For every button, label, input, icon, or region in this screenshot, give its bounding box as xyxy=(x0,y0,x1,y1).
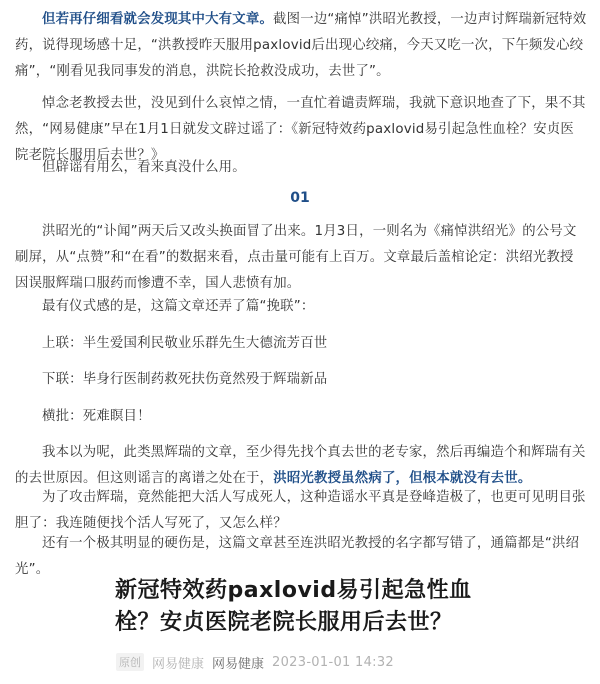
couplet-horizontal: 横批：死难瞑目！ xyxy=(15,404,587,430)
highlight-text: 但若再仔细看就会发现其中大有文章。 xyxy=(42,12,273,27)
paragraph-text: 上联：半生爱国利民敬业乐群先生大德流芳百世 xyxy=(42,336,327,351)
paragraph-text: 最有仪式感的是，这篇文章还弄了篇“挽联”： xyxy=(42,299,315,314)
paragraph-text: 洪昭光的“讣闻”两天后又改头换面冒了出来。1月3日，一则名为《痛悼洪绍光》的公号… xyxy=(15,224,577,291)
paragraph-text: 为了攻击辉瑞，竟然能把大活人写成死人，这种造谣水平真是登峰造极了，也更可见明目张… xyxy=(15,490,586,531)
embedded-article-meta: 原创 网易健康 网易健康 2023-01-01 14:32 xyxy=(116,653,394,671)
section-number: 01 xyxy=(0,190,600,206)
publish-timestamp: 2023-01-01 14:32 xyxy=(272,655,394,670)
paragraph-text: 但辟谣有用么，看来真没什么用。 xyxy=(42,160,246,175)
couplet-upper: 上联：半生爱国利民敬业乐群先生大德流芳百世 xyxy=(15,331,587,357)
embedded-article-screenshot: 新冠特效药paxlovid易引起急性血栓？安贞医院老院长服用后去世？ 原创 网易… xyxy=(88,565,518,684)
paragraph-text: 横批：死难瞑目！ xyxy=(42,409,151,424)
couplet-lower: 下联：毕身行医制药救死扶伤竟然殁于辉瑞新品 xyxy=(15,367,587,393)
paragraph-intro: 但若再仔细看就会发现其中大有文章。截图一边“痛悼”洪昭光教授，一边声讨辉瑞新冠特… xyxy=(15,7,587,85)
paragraph-obituary: 洪昭光的“讣闻”两天后又改头换面冒了出来。1月3日，一则名为《痛悼洪绍光》的公号… xyxy=(15,219,587,297)
source-account-link[interactable]: 网易健康 xyxy=(212,653,264,672)
embedded-article-title: 新冠特效药paxlovid易引起急性血栓？安贞医院老院长服用后去世？ xyxy=(115,575,515,639)
paragraph-attack: 为了攻击辉瑞，竟然能把大活人写成死人，这种造谣水平真是登峰造极了，也更可见明目张… xyxy=(15,485,587,537)
paragraph-couplet-intro: 最有仪式感的是，这篇文章还弄了篇“挽联”： xyxy=(15,294,587,320)
highlight-text: 洪昭光教授虽然病了，但根本就没有去世。 xyxy=(273,471,531,486)
paragraph-text: 悼念老教授去世，没见到什么哀悼之情，一直忙着谴责辉瑞，我就下意识地查了下，果不其… xyxy=(15,96,586,163)
original-tag: 原创 xyxy=(116,653,144,671)
paragraph-useless: 但辟谣有用么，看来真没什么用。 xyxy=(15,155,587,181)
paragraph-text: 下联：毕身行医制药救死扶伤竟然殁于辉瑞新品 xyxy=(42,372,327,387)
author-name: 网易健康 xyxy=(152,653,204,672)
